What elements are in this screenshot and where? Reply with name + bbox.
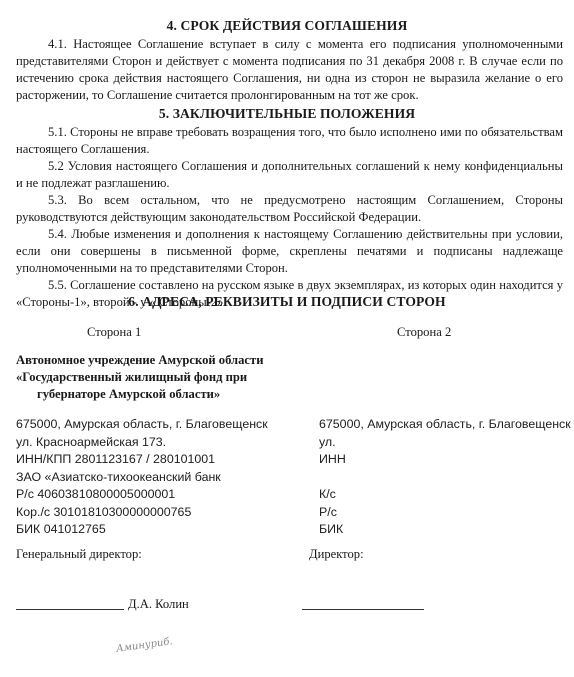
paragraph-line: истечению срока действия настоящего Согл…: [16, 70, 563, 87]
party-2-street: ул.: [319, 434, 571, 452]
party-2-corr-account: К/с: [319, 486, 571, 504]
section-4-title: 4. СРОК ДЕЙСТВИЯ СОГЛАШЕНИЯ: [0, 18, 574, 34]
paragraph-line: 5.1. Стороны не вправе требовать возраще…: [16, 124, 563, 141]
party-1-signature-line: [16, 609, 124, 610]
section-6-title: 6. АДРЕСА, РЕКВИЗИТЫ И ПОДПИСИ СТОРОН: [0, 294, 574, 310]
party-2-signatory-title: Директор:: [309, 547, 364, 562]
party-1-account: Р/с 40603810800005000001: [16, 486, 268, 504]
section-5-title: 5. ЗАКЛЮЧИТЕЛЬНЫЕ ПОЛОЖЕНИЯ: [0, 106, 574, 122]
party-1-signatory-title: Генеральный директор:: [16, 547, 142, 562]
party-2-address: 675000, Амурская область, г. Благовещенс…: [319, 416, 571, 434]
party-2-label: Сторона 2: [397, 325, 451, 340]
paragraph-line: и не подлежат разглашению.: [16, 175, 563, 192]
party-2-details: 675000, Амурская область, г. Благовещенс…: [319, 416, 571, 539]
party-1-street: ул. Красноармейская 173.: [16, 434, 268, 452]
paragraph-line: расторжении, то Соглашение считается про…: [16, 87, 563, 104]
party-1-label: Сторона 1: [87, 325, 141, 340]
party-1-org-line: Автономное учреждение Амурской области: [16, 353, 263, 368]
party-1-inn-kpp: ИНН/КПП 2801123167 / 280101001: [16, 451, 268, 469]
paragraph-line: 5.3. Во всем остальном, что не предусмот…: [16, 192, 563, 209]
document-page: 4. СРОК ДЕЙСТВИЯ СОГЛАШЕНИЯ 4.1. Настоящ…: [0, 0, 574, 677]
paragraph-line: 5.2 Условия настоящего Соглашения и допо…: [16, 158, 563, 175]
paragraph-line: уполномоченными на то представителями Ст…: [16, 260, 563, 277]
party-2-blank-line: [319, 469, 571, 487]
party-1-corr-account: Кор./с 30101810300000000765: [16, 504, 268, 522]
party-2-inn: ИНН: [319, 451, 571, 469]
party-1-org-line: «Государственный жилищный фонд при: [16, 370, 247, 385]
party-1-bank: ЗАО «Азиатско-тихоокеанский банк: [16, 469, 268, 487]
party-2-signature-line: [302, 609, 424, 610]
party-1-signatory-name: Д.А. Колин: [128, 597, 189, 612]
party-2-bik: БИК: [319, 521, 571, 539]
paragraph-line: 5.4. Любые изменения и дополнения к наст…: [16, 226, 563, 243]
party-1-bik: БИК 041012765: [16, 521, 268, 539]
party-2-account: Р/с: [319, 504, 571, 522]
paragraph-line: настоящего Соглашения.: [16, 141, 563, 158]
party-1-details: 675000, Амурская область, г. Благовещенс…: [16, 416, 268, 539]
paragraph-line: если они совершены в письменной форме, с…: [16, 243, 563, 260]
paragraph-line: 5.5. Соглашение составлено на русском яз…: [16, 277, 563, 294]
paragraph-line: представителями Сторон и действует с мом…: [16, 53, 563, 70]
paragraph-line: 4.1. Настоящее Соглашение вступает в сил…: [16, 36, 563, 53]
party-1-address: 675000, Амурская область, г. Благовещенс…: [16, 416, 268, 434]
section-4-paragraph: 4.1. Настоящее Соглашение вступает в сил…: [16, 36, 563, 104]
section-5-paragraphs: 5.1. Стороны не вправе требовать возраще…: [16, 124, 563, 311]
party-1-org-line: губернаторе Амурской области»: [37, 387, 220, 402]
paragraph-line: руководствуются действующим законодатель…: [16, 209, 563, 226]
handwritten-note: Аминуриб.: [116, 636, 174, 655]
